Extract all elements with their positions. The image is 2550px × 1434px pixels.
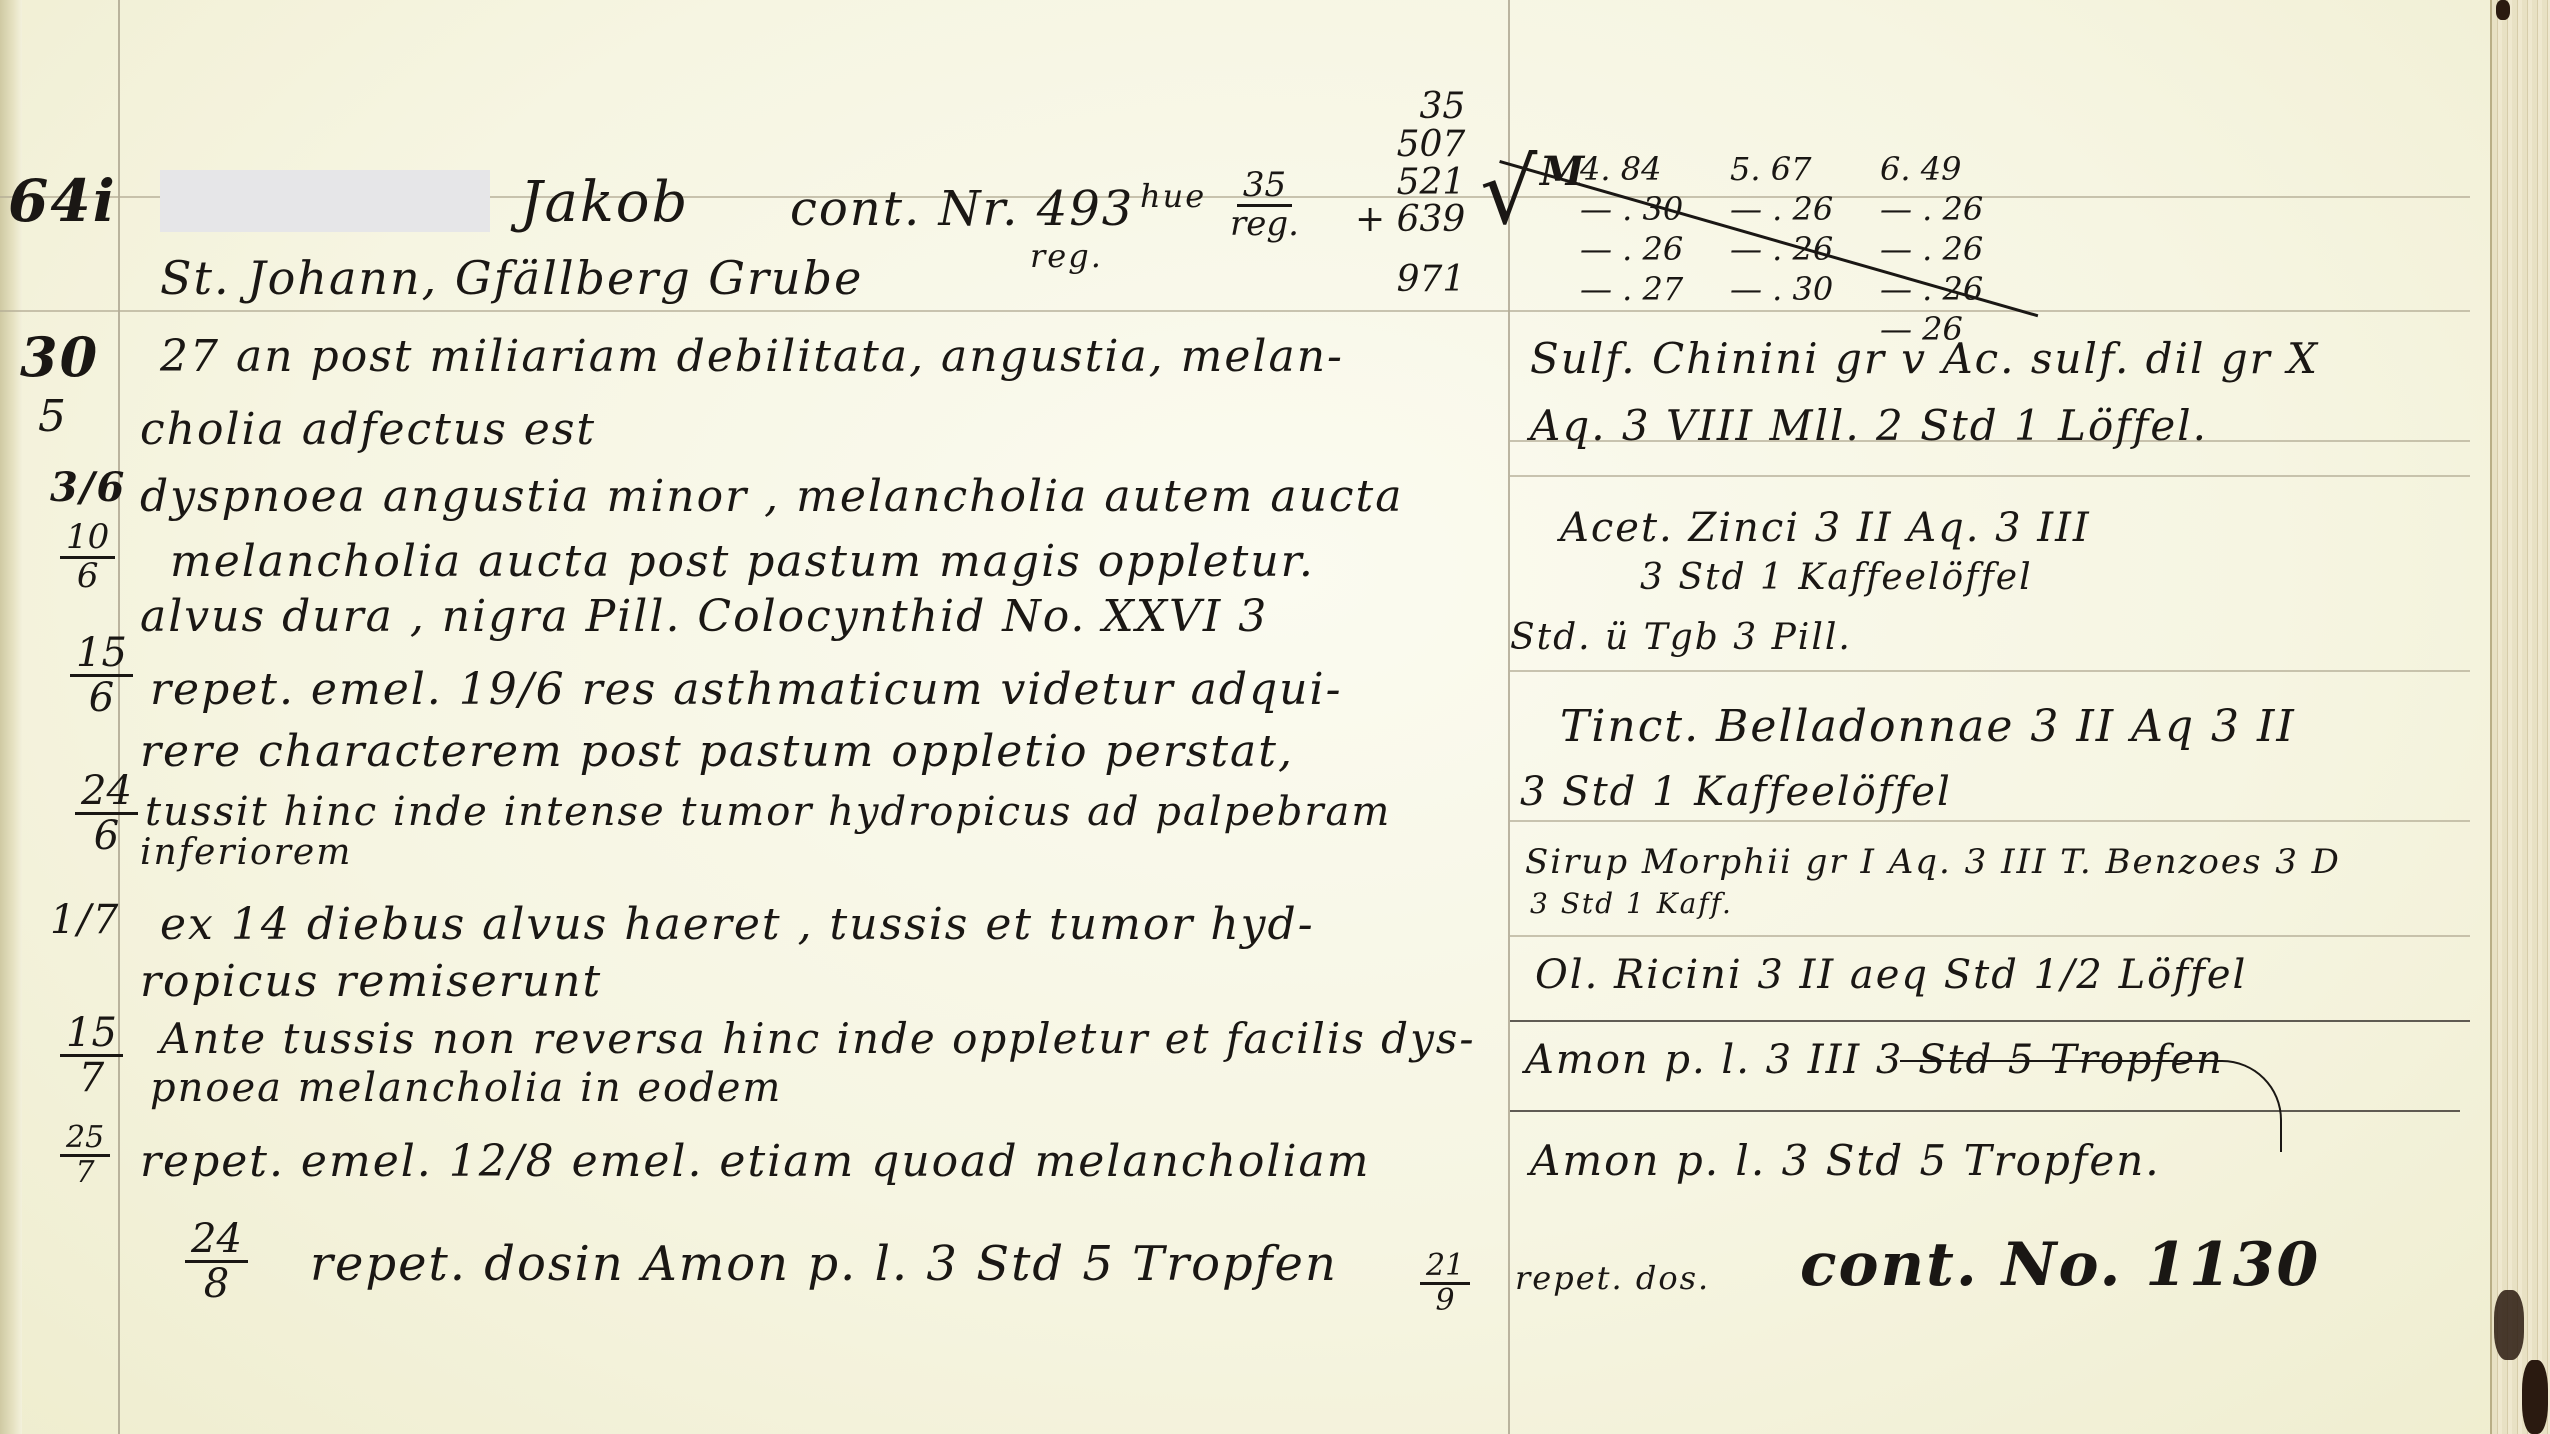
entry-notes-line: ropicus remiserunt (140, 960, 602, 1004)
ledger-page: 64i Jakob cont. Nr. 493 reg. hue 35 reg.… (0, 0, 2550, 1434)
ruled-line (1510, 820, 2470, 822)
patient-origin: St. Johann, Gfällberg Grube (160, 255, 863, 301)
patient-given-name: Jakob (520, 175, 689, 231)
entry-notes-line: melancholia aucta post pastum magis oppl… (170, 540, 1315, 584)
entry-date: 25 7 (60, 1122, 110, 1188)
entry-notes-line: alvus dura , nigra Pill. Colocynthid No.… (140, 595, 1268, 639)
entry-notes-line: dyspnoea angustia minor , melancholia au… (140, 475, 1403, 519)
entry-notes-line: Ante tussis non reversa hinc inde opplet… (160, 1018, 1476, 1060)
check-mark-icon: √ (1480, 140, 1537, 245)
ruled-line (1510, 670, 2470, 672)
entry-notes-line: pnoea melancholia in eodem (150, 1068, 782, 1108)
ruled-line (0, 310, 2470, 312)
entry-date-month: 5 (38, 395, 68, 439)
trailing-date: 21 9 (1420, 1250, 1470, 1316)
entry-notes-line: repet. dosin Amon p. l. 3 Std 5 Tropfen (310, 1240, 1338, 1288)
prescription-line: Aq. 3 VIII Mll. 2 Std 1 Löffel. (1530, 405, 2208, 447)
entry-date: 3/6 (50, 468, 126, 508)
prescription-line: 3 Std 1 Kaff. (1530, 890, 1733, 918)
prescription-line: Sirup Morphii gr I Aq. 3 III T. Benzoes … (1525, 845, 2341, 879)
redacted-patient-surname (160, 170, 490, 232)
ruled-line (1510, 1020, 2470, 1022)
prescription-line: Std. ü Tgb 3 Pill. (1510, 620, 1852, 656)
prescription-line: Acet. Zinci 3 II Aq. 3 III (1560, 508, 2091, 548)
entry-notes-line: tussit hinc inde intense tumor hydropicu… (145, 792, 1391, 832)
cont-reference: cont. Nr. 493 (790, 185, 1134, 233)
page-edge-stack (2490, 0, 2550, 1434)
prescription-line: repet. dos. (1515, 1262, 1710, 1294)
ruled-line (1510, 475, 2470, 477)
entry-date: 15 7 (60, 1012, 123, 1099)
entry-notes-line: inferiorem (140, 835, 352, 871)
entry-date: 15 6 (70, 632, 133, 719)
entry-notes-line: rere characterem post pastum oppletio pe… (140, 730, 1294, 774)
entry-date: 24 8 (185, 1218, 248, 1305)
entry-date: 1/7 (50, 900, 120, 940)
entry-date-day: 30 (20, 330, 99, 384)
prescription-line: Tinct. Belladonnae 3 II Aq 3 II (1560, 705, 2296, 749)
entry-notes-line: 27 an post miliariam debilitata, angusti… (160, 335, 1344, 379)
ruled-line (1510, 935, 2470, 937)
entry-notes-line: repet. emel. 12/8 emel. etiam quoad mela… (140, 1140, 1371, 1184)
prescription-bracket (1900, 1060, 2282, 1152)
cont-reference-sub: reg. (1030, 240, 1103, 272)
entry-date: 24 6 (75, 770, 138, 857)
prescription-line: Ol. Ricini 3 II aeq Std 1/2 Löffel (1535, 955, 2247, 995)
fee-fraction: 35 reg. (1230, 168, 1299, 242)
fee-calculation: 35 507 521 + 639 971 (1355, 88, 1465, 299)
entry-notes-line: ex 14 diebus alvus haeret , tussis et tu… (160, 903, 1315, 947)
entry-date: 10 6 (60, 520, 115, 594)
entry-number: 64i (8, 172, 117, 230)
fee-prefix: hue (1140, 180, 1206, 212)
closing-cont-reference: cont. No. 1130 (1800, 1235, 2320, 1295)
prescription-line: 3 Std 1 Kaffeelöffel (1520, 772, 1952, 812)
entry-notes-line: repet. emel. 19/6 res asthmaticum videtu… (150, 668, 1342, 712)
prescription-line: Sulf. Chinini gr v Ac. sulf. dil gr X (1530, 338, 2319, 380)
entry-notes-line: cholia adfectus est (140, 408, 596, 452)
prescription-line: 3 Std 1 Kaffeelöffel (1640, 560, 2033, 596)
